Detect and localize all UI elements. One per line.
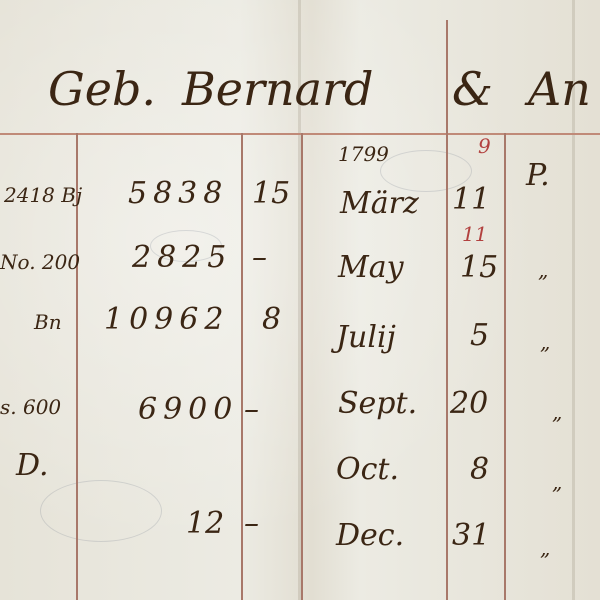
row-reference: Bn: [34, 310, 62, 334]
header-rule: [0, 133, 600, 135]
row-day: 5: [470, 318, 489, 353]
row-amount-fraction: –: [244, 506, 259, 541]
red-correction: 9: [478, 134, 491, 158]
row-amount-fraction: –: [252, 240, 267, 275]
row-amount: 2825: [132, 240, 232, 275]
row-day: 15: [460, 250, 498, 285]
row-amount: 10962: [104, 302, 229, 337]
row-amount-fraction: –: [244, 392, 259, 427]
row-note: „: [552, 400, 562, 424]
header-an: An: [528, 62, 591, 116]
row-day: 8: [470, 452, 489, 487]
row-reference: s. 600: [0, 395, 61, 419]
column-rule: [504, 133, 506, 600]
row-month: März: [340, 186, 419, 221]
column-rule: [446, 20, 448, 600]
row-day: 31: [452, 518, 490, 553]
row-note: „: [552, 470, 562, 494]
year-note: 1799: [338, 142, 389, 166]
ledger-page: Geb. Bernard & An 1799 9 11 2418 Bj 5838…: [0, 0, 600, 600]
row-month: Oct.: [336, 452, 399, 487]
row-day: 20: [450, 386, 488, 421]
red-correction: 11: [462, 222, 487, 246]
row-amount: 5838: [128, 176, 228, 211]
row-note: „: [540, 330, 550, 354]
row-note: P.: [526, 158, 550, 193]
row-note: „: [540, 536, 550, 560]
row-month: Dec.: [336, 518, 404, 553]
row-amount-fraction: 8: [262, 302, 281, 337]
column-rule: [241, 133, 243, 600]
row-reference: 2418 Bj: [4, 183, 82, 207]
row-month: Sept.: [338, 386, 417, 421]
column-rule: [301, 133, 303, 600]
row-month: Julij: [336, 320, 396, 355]
row-day: 11: [452, 182, 490, 217]
row-month: May: [338, 250, 404, 285]
row-amount: 12: [186, 506, 224, 541]
row-reference: D.: [16, 448, 49, 483]
header-ampersand: &: [452, 62, 493, 116]
bleed-through-ink: [40, 480, 162, 542]
header-bernard: Bernard: [182, 62, 374, 116]
row-reference: No. 200: [0, 250, 80, 274]
row-note: „: [538, 258, 548, 282]
header-geb: Geb.: [48, 62, 156, 116]
row-amount: 6900: [138, 392, 238, 427]
row-amount-fraction: 15: [252, 176, 290, 211]
